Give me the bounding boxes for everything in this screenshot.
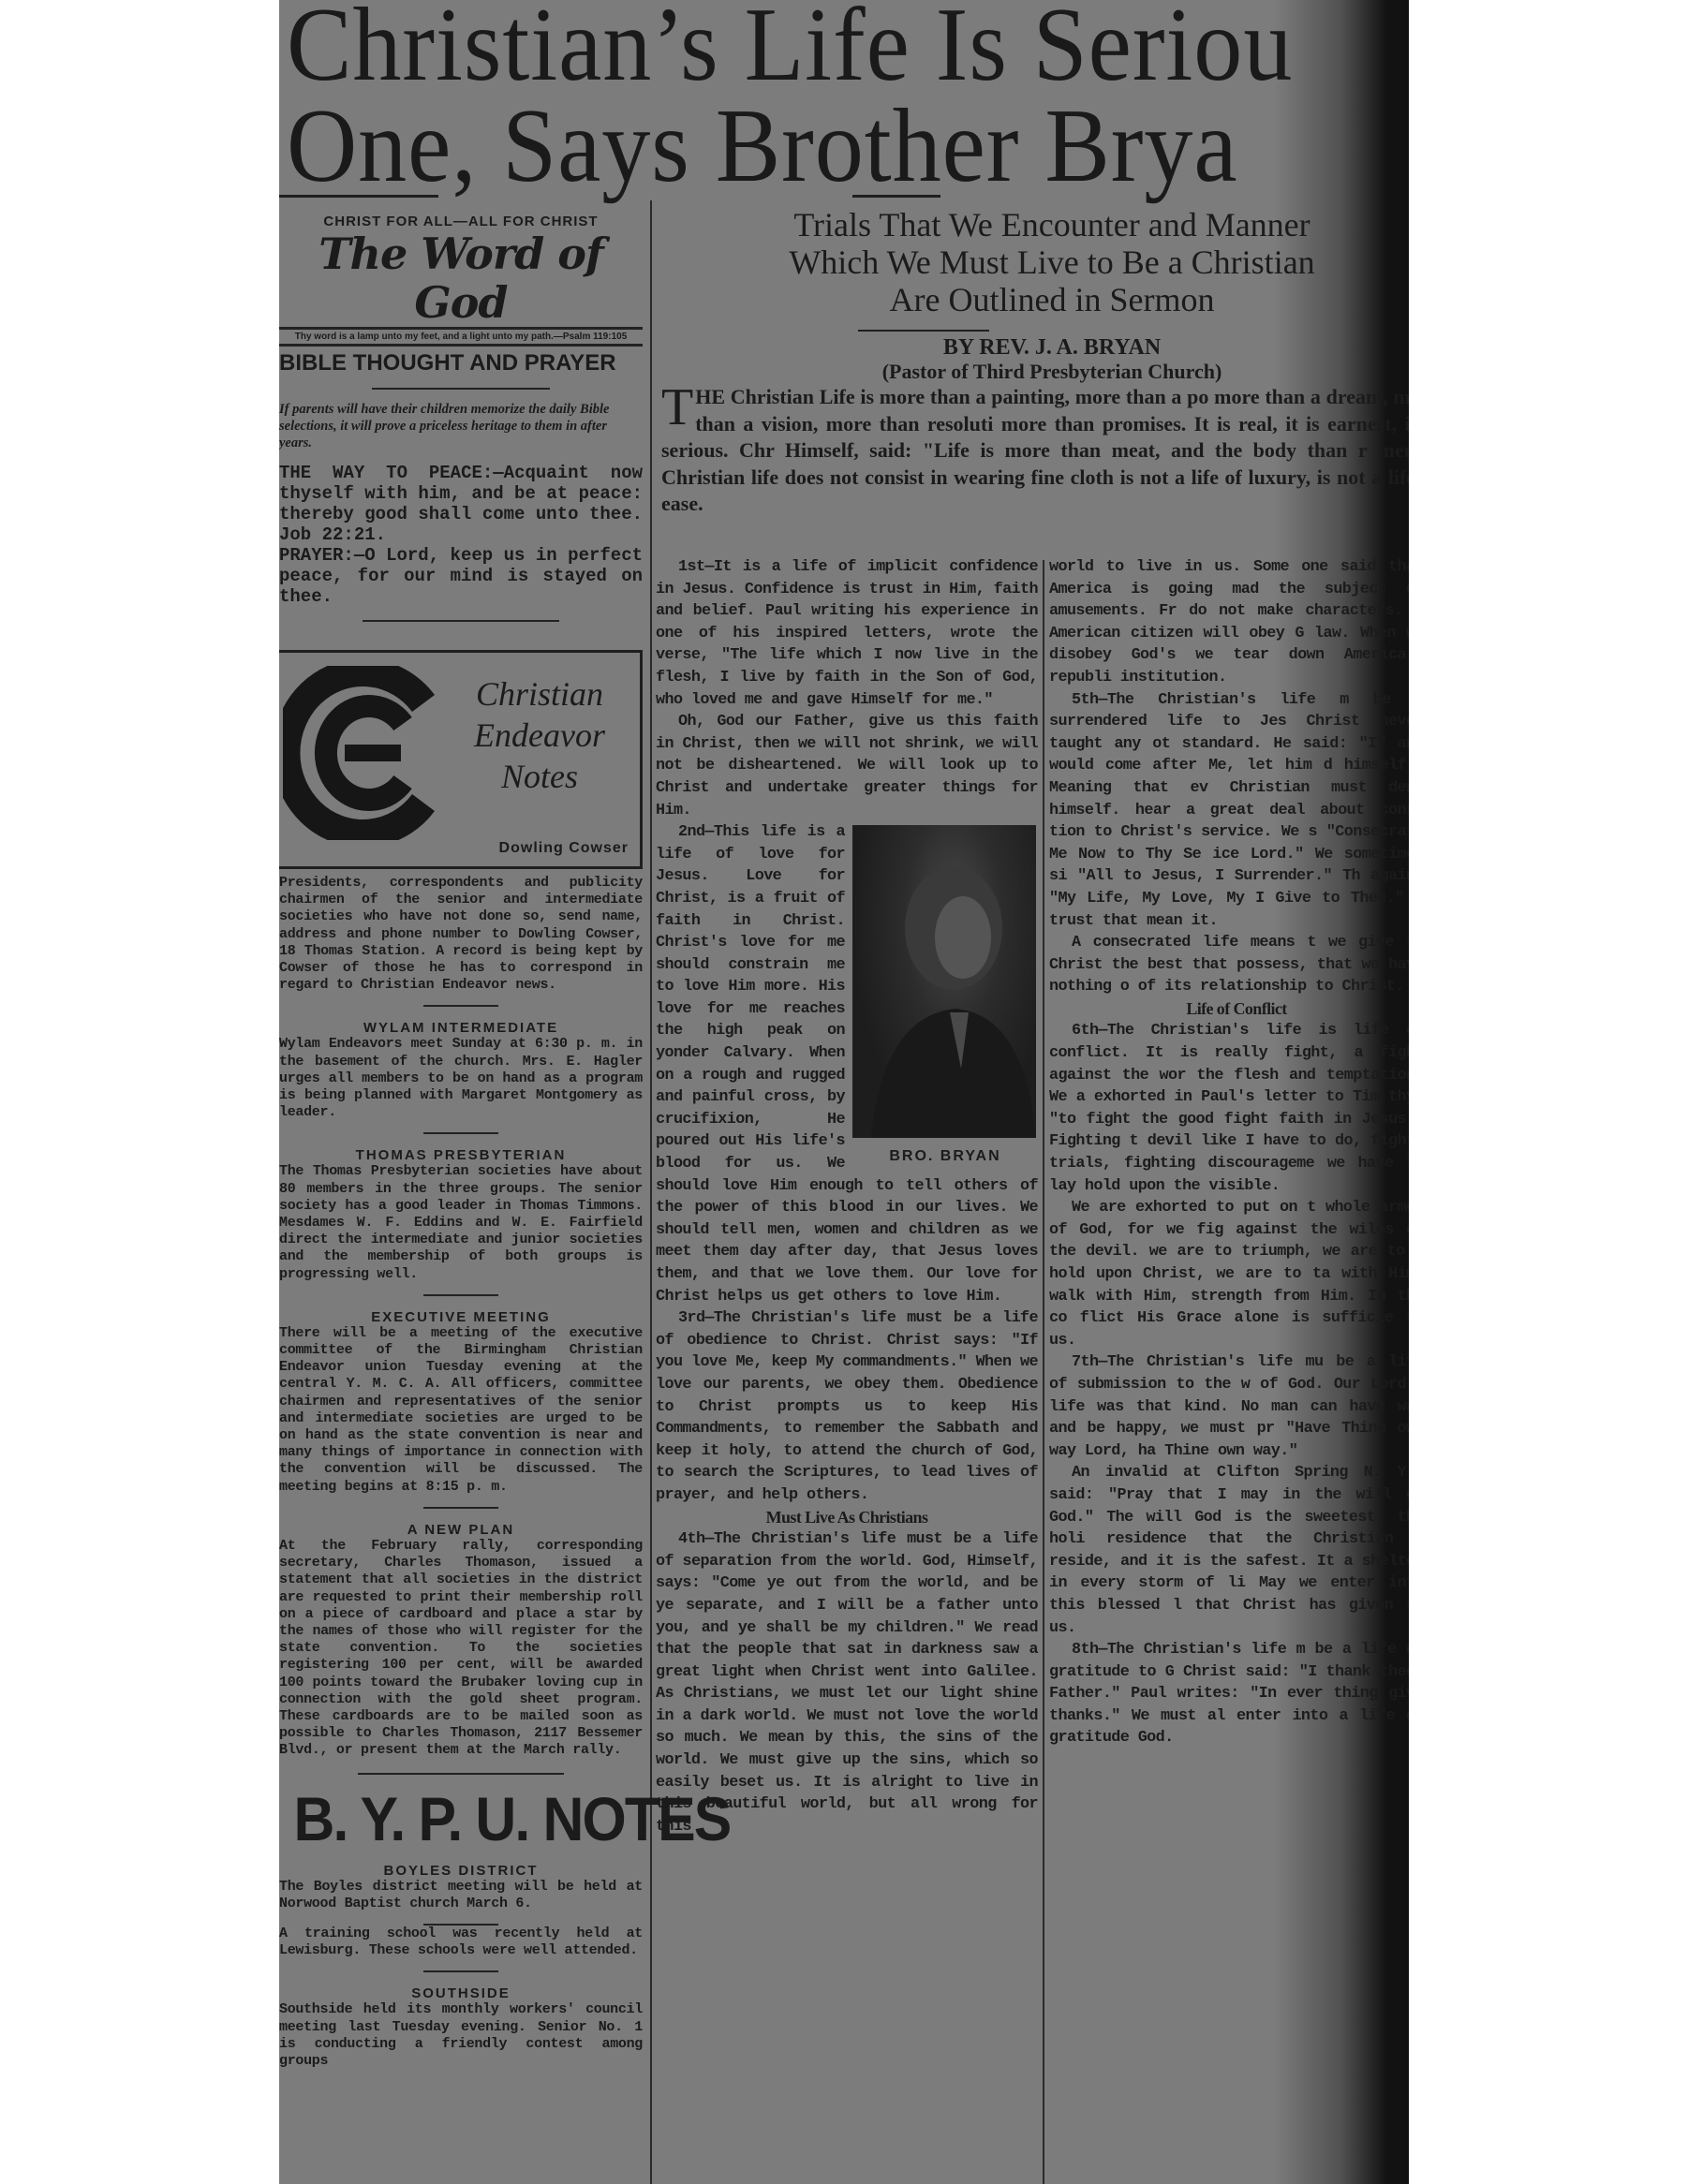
sidebar-column: CHRIST FOR ALL—ALL FOR CHRIST The Word o… (279, 204, 643, 2070)
section-text: At the February rally, corresponding sec… (279, 1538, 643, 1760)
section-text: The Boyles district meeting will be held… (279, 1879, 643, 1912)
article-column-middle: 1st—It is a life of implicit confidence … (656, 556, 1038, 1837)
divider (363, 620, 559, 622)
ce-logo-icon (283, 666, 442, 840)
divider (423, 1132, 498, 1134)
section-heading: BOYLES DISTRICT (279, 1863, 643, 1879)
drop-cap: T (661, 386, 695, 429)
masthead-title: The Word of God (279, 229, 643, 327)
article-paragraph: 5th—The Christian's life m be a surrende… (1049, 689, 1409, 933)
article-column-right: world to live in us. Some one said that … (1049, 556, 1409, 1749)
subtitle-line: Which We Must Live to Be a Christian (691, 243, 1409, 281)
section-heading: SOUTHSIDE (279, 1985, 643, 2001)
section-text: A training school was recently held at L… (279, 1926, 643, 1959)
christian-endeavor-box: Christian Endeavor Notes Dowling Cowser (279, 650, 643, 869)
headline-line-2: One, Says Brother Brya (287, 96, 1409, 197)
ce-intro: Presidents, correspondents and publicity… (279, 875, 643, 994)
article-paragraph: 7th—The Christian's life mu be a life of… (1049, 1351, 1409, 1462)
newspaper-scan: Christian’s Life Is Seriou One, Says Bro… (279, 0, 1409, 2184)
section-heading: THOMAS PRESBYTERIAN (279, 1147, 643, 1163)
article-paragraph: 4th—The Christian's life must be a life … (656, 1528, 1038, 1837)
section-heading: EXECUTIVE MEETING (279, 1309, 643, 1325)
portrait-icon (852, 825, 1036, 1138)
ce-title-line: Endeavor (455, 715, 624, 756)
article-subtitle: Trials That We Encounter and Manner Whic… (691, 206, 1409, 318)
masthead-motto: CHRIST FOR ALL—ALL FOR CHRIST (279, 214, 643, 229)
section-text: The Thomas Presbyterian societies have a… (279, 1163, 643, 1282)
article-paragraph: 6th—The Christian's life is life of conf… (1049, 1020, 1409, 1197)
photo-caption: BRO. BRYAN (852, 1145, 1038, 1168)
bypu-sections: BOYLES DISTRICTThe Boyles district meeti… (279, 1863, 643, 2071)
headline-line-1: Christian’s Life Is Seriou (287, 0, 1409, 96)
column-rule-left (650, 200, 652, 2184)
divider (858, 330, 989, 332)
ce-sections: WYLAM INTERMEDIATEWylam Endeavors meet S… (279, 1005, 643, 1759)
divider (372, 388, 550, 390)
subtitle-line: Trials That We Encounter and Manner (691, 206, 1409, 243)
ce-title-line: Notes (455, 756, 624, 797)
divider (423, 1507, 498, 1509)
divider (423, 1294, 498, 1296)
ce-title-line: Christian (455, 673, 624, 715)
lead-text: HE Christian Life is more than a paintin… (661, 385, 1409, 515)
ce-title: Christian Endeavor Notes (455, 673, 624, 797)
headline-rule-right (852, 195, 940, 198)
prayer: PRAYER:—O Lord, keep us in perfect peace… (279, 545, 643, 607)
article-paragraph: Oh, God our Father, give us this faith i… (656, 711, 1038, 821)
section-heading: WYLAM INTERMEDIATE (279, 1020, 643, 1036)
section-text: Southside held its monthly workers' coun… (279, 2001, 643, 2070)
headline: Christian’s Life Is Seriou One, Says Bro… (287, 0, 1409, 197)
article-paragraph: 3rd—The Christian's life must be a life … (656, 1307, 1038, 1506)
headline-rule-left (279, 195, 438, 198)
article-lead: T HE Christian Life is more than a paint… (661, 384, 1409, 518)
divider (358, 1773, 564, 1775)
column-rule-right (1043, 560, 1044, 2184)
divider (423, 1970, 498, 1972)
section-heading: A NEW PLAN (279, 1522, 643, 1538)
article-pastor-line: (Pastor of Third Presbyterian Church) (691, 360, 1409, 384)
article-subheading: Life of Conflict (1049, 998, 1409, 1021)
author-photo (852, 825, 1036, 1138)
article-paragraph: An invalid at Clifton Spring N. Y., said… (1049, 1462, 1409, 1639)
section-text: Wylam Endeavors meet Sunday at 6:30 p. m… (279, 1036, 643, 1121)
article-paragraph: world to live in us. Some one said that … (1049, 556, 1409, 689)
article-paragraph: 8th—The Christian's life m be a life of … (1049, 1639, 1409, 1749)
article-byline: BY REV. J. A. BRYAN (691, 335, 1409, 360)
article-paragraph: We are exhorted to put on t whole armor … (1049, 1197, 1409, 1351)
bypu-notes-title: B. Y. P. U. NOTES (294, 1788, 629, 1850)
article-paragraph: 1st—It is a life of implicit confidence … (656, 556, 1038, 711)
article-subheading: Must Live As Christians (656, 1507, 1038, 1529)
author-photo-block: BRO. BRYAN (852, 825, 1038, 1168)
bible-note: If parents will have their children memo… (279, 401, 643, 451)
section-text: There will be a meeting of the executive… (279, 1325, 643, 1496)
masthead-verse: Thy word is a lamp unto my feet, and a l… (279, 327, 643, 347)
divider (423, 1005, 498, 1007)
article-paragraph: A consecrated life means t we give to Ch… (1049, 932, 1409, 998)
bible-thought-heading: BIBLE THOUGHT AND PRAYER (279, 350, 643, 376)
subtitle-line: Are Outlined in Sermon (691, 281, 1409, 318)
ce-byline: Dowling Cowser (499, 840, 629, 857)
bible-verse: THE WAY TO PEACE:—Acquaint now thyself w… (279, 463, 643, 545)
